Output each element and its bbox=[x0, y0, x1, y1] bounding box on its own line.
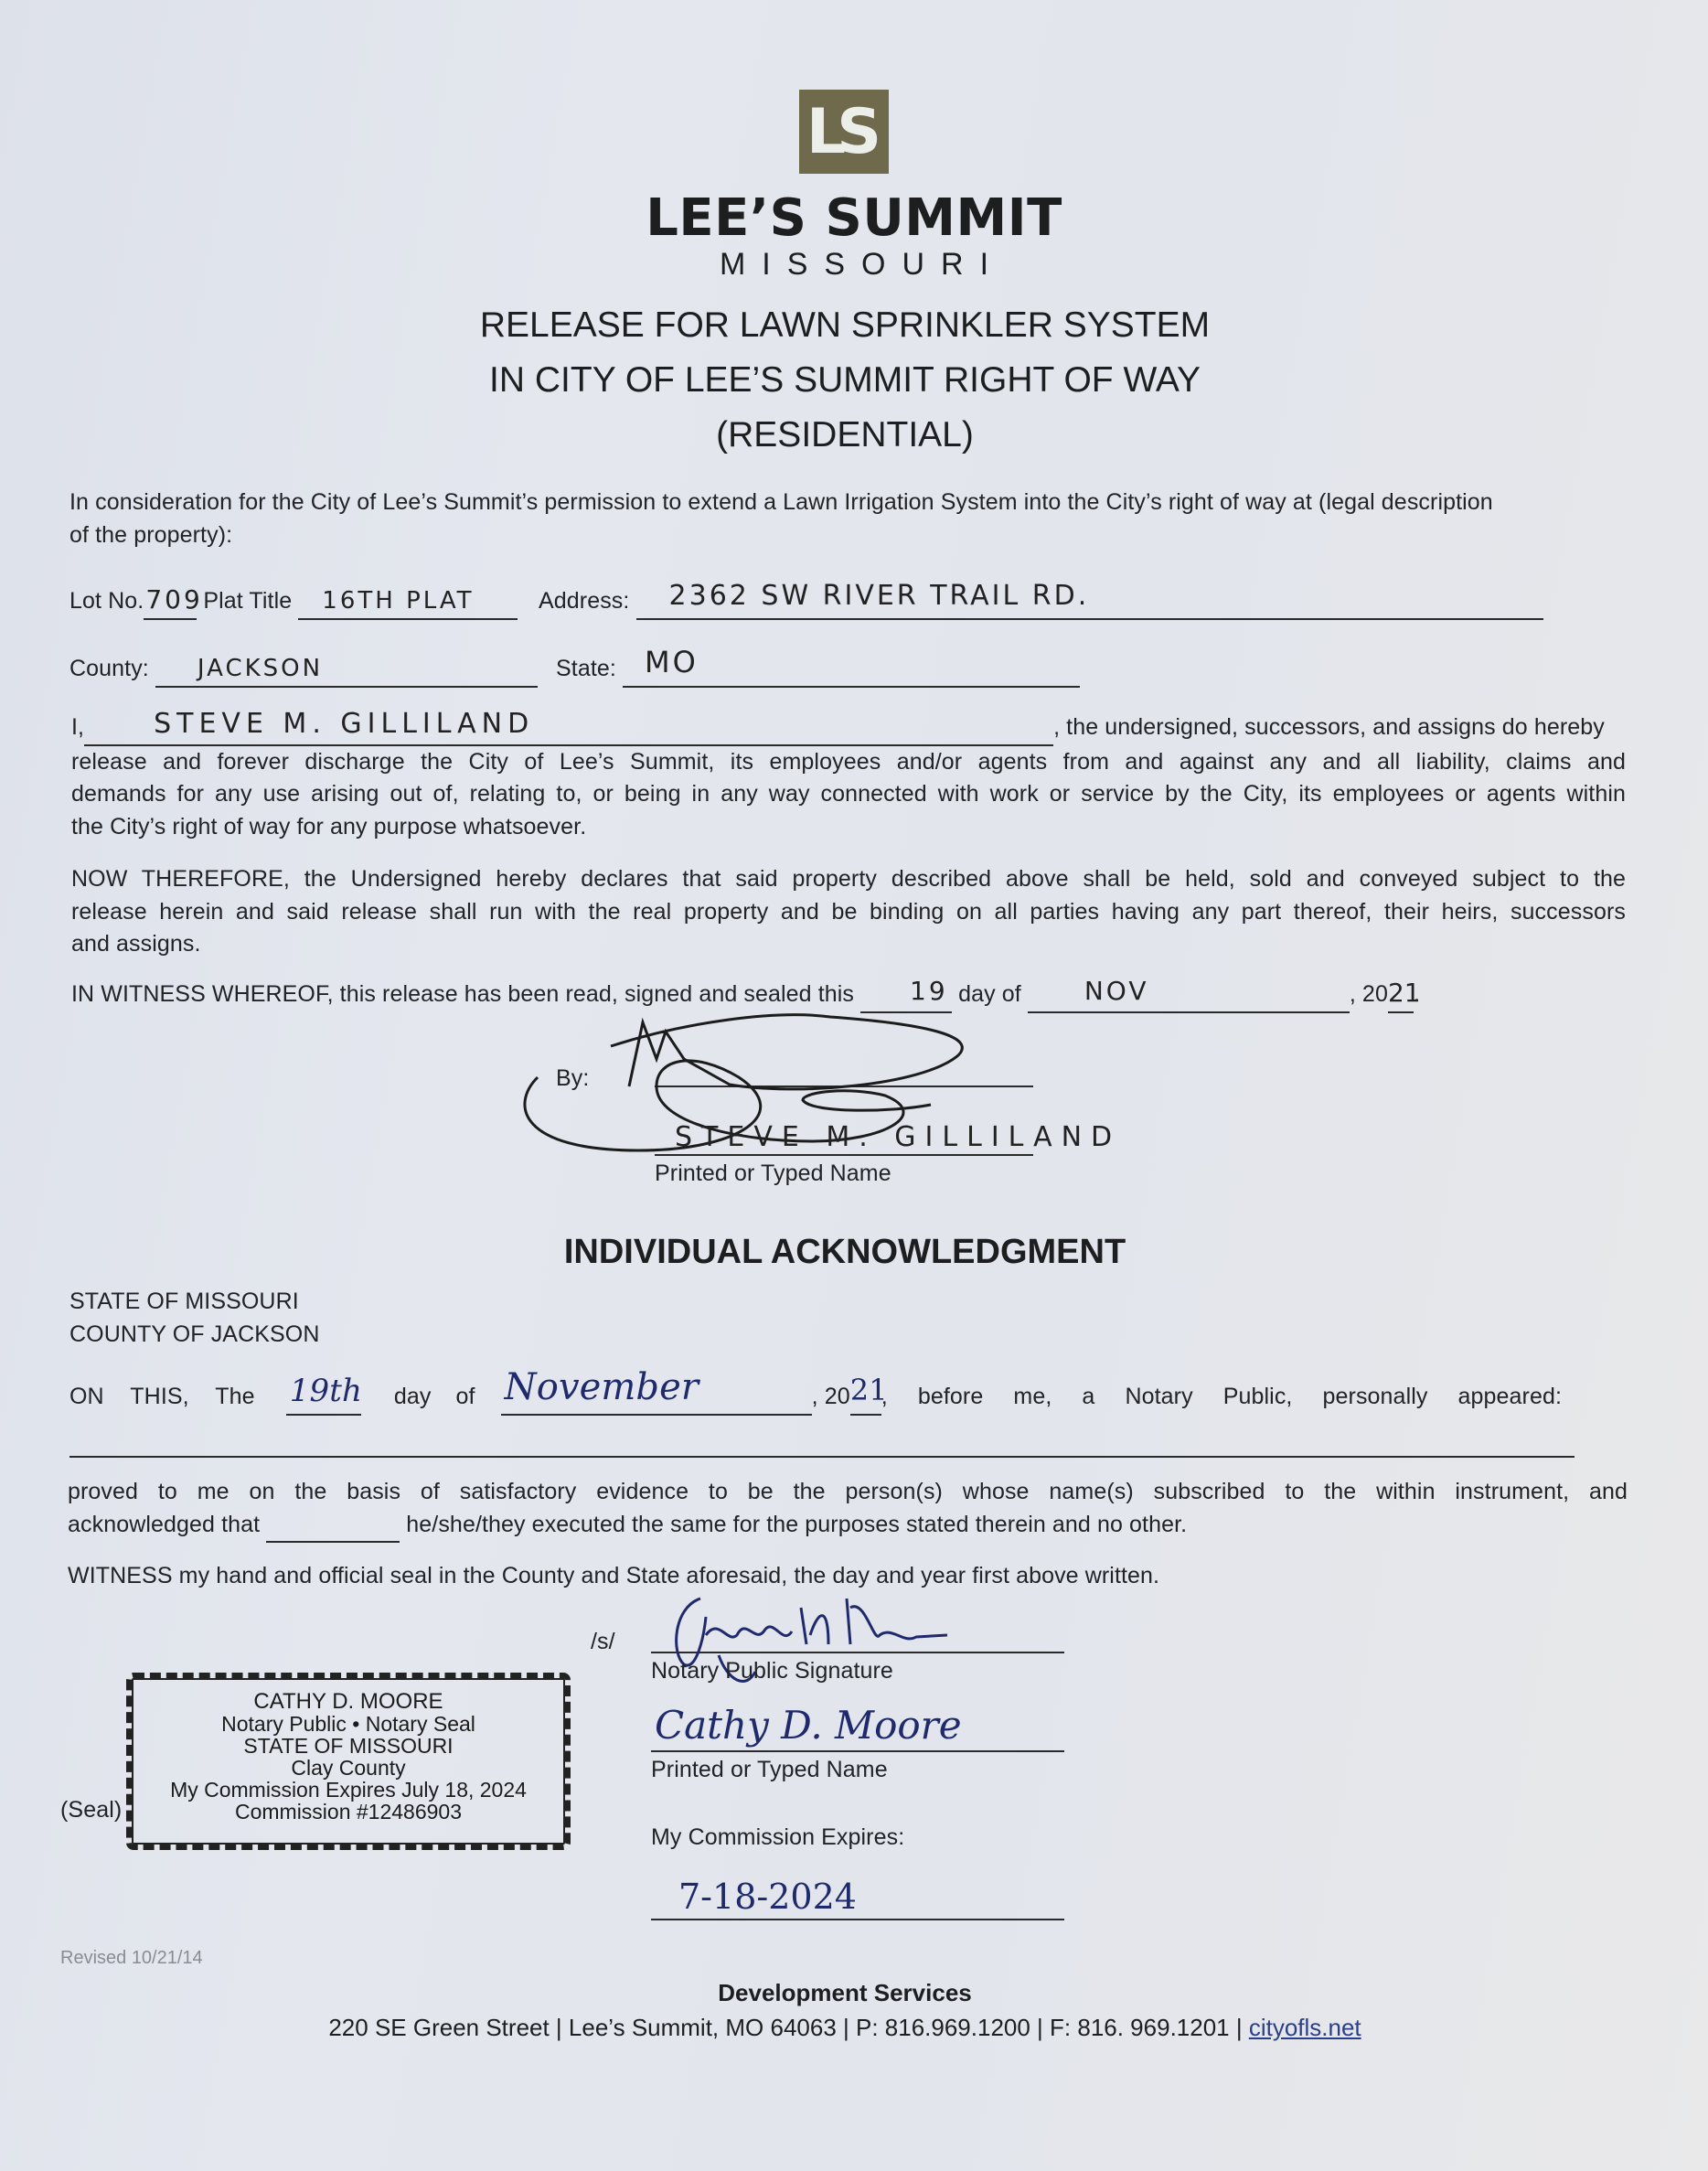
address-field[interactable]: 2362 SW RIVER TRAIL RD. bbox=[636, 585, 1543, 620]
address-value: 2362 SW RIVER TRAIL RD. bbox=[669, 577, 1090, 616]
county-field[interactable]: JACKSON bbox=[155, 653, 538, 688]
ack-year-value: 21 bbox=[850, 1370, 888, 1411]
ack-day-field[interactable]: 19th bbox=[286, 1381, 361, 1416]
venue-county: COUNTY OF JACKSON bbox=[69, 1319, 320, 1352]
now-therefore-line-2: release herein and said release shall ru… bbox=[71, 896, 1626, 929]
notary-witness-line: WITNESS my hand and official seal in the… bbox=[68, 1560, 1159, 1593]
releasor-name-value: STEVE M. GILLILAND bbox=[154, 705, 534, 744]
ack-year-prefix: , 20 bbox=[812, 1384, 850, 1409]
ack-month-value: November bbox=[505, 1362, 699, 1414]
witness-year-field[interactable]: 21 bbox=[1388, 979, 1414, 1013]
release-first-line: I,STEVE M. GILLILAND , the undersigned, … bbox=[71, 711, 1626, 746]
seal-county: Clay County bbox=[132, 1757, 565, 1779]
witness-prefix: IN WITNESS WHEREOF, this release has bee… bbox=[71, 981, 854, 1007]
owner-printed-name-value: STEVE M. GILLILAND bbox=[675, 1121, 1121, 1153]
signature-prefix: /s/ bbox=[591, 1626, 615, 1659]
release-suffix: , the undersigned, successors, and assig… bbox=[1053, 714, 1605, 740]
owner-printed-name-label: Printed or Typed Name bbox=[655, 1158, 891, 1191]
property-row-1: Lot No.709 Plat Title 16TH PLAT Address:… bbox=[69, 585, 1543, 620]
plat-label: Plat Title bbox=[203, 588, 292, 614]
city-logo: LS bbox=[799, 90, 889, 174]
county-value: JACKSON bbox=[197, 652, 323, 686]
release-line-1: release and forever discharge the City o… bbox=[71, 746, 1626, 779]
on-this-label: ON THIS, The bbox=[69, 1384, 255, 1409]
seal-title: Notary Public • Notary Seal bbox=[132, 1713, 565, 1735]
ack-month-field[interactable]: November bbox=[501, 1381, 812, 1416]
witness-year-value: 21 bbox=[1388, 975, 1421, 1011]
now-therefore-line-3: and assigns. bbox=[71, 928, 1626, 961]
logo-monogram: LS bbox=[806, 96, 872, 168]
seal-notary-name: CATHY D. MOORE bbox=[132, 1691, 565, 1713]
witness-year-prefix: , 20 bbox=[1350, 981, 1388, 1007]
witness-month-value: NOV bbox=[1084, 973, 1149, 1010]
ack-day-value: 19th bbox=[290, 1369, 362, 1413]
acknowledgment-heading: INDIVIDUAL ACKNOWLEDGMENT bbox=[0, 1233, 1690, 1272]
now-therefore-line-1: NOW THEREFORE, the Undersigned hereby de… bbox=[71, 863, 1626, 896]
state-field[interactable]: MO bbox=[623, 653, 1080, 688]
lot-value: 709 bbox=[145, 582, 202, 618]
owner-printed-name-line[interactable] bbox=[655, 1154, 1033, 1156]
release-line-3: the City’s right of way for any purpose … bbox=[71, 811, 1626, 844]
address-label: Address: bbox=[539, 588, 629, 614]
footer-department: Development Services bbox=[0, 1979, 1690, 2007]
notary-printed-name-line[interactable] bbox=[651, 1750, 1064, 1752]
seal-label: (Seal) bbox=[60, 1794, 122, 1827]
lot-label: Lot No. bbox=[69, 588, 144, 614]
plat-value: 16TH PLAT bbox=[322, 584, 474, 618]
property-row-2: County: JACKSON State: MO bbox=[69, 653, 1080, 688]
venue-state: STATE OF MISSOURI bbox=[69, 1286, 320, 1319]
commission-expires-value: 7-18-2024 bbox=[678, 1877, 857, 1917]
proved-paragraph: proved to me on the basis of satisfactor… bbox=[68, 1476, 1628, 1543]
witness-month-field[interactable]: NOV bbox=[1028, 979, 1350, 1013]
proved-line-2-suffix: he/she/they executed the same for the pu… bbox=[406, 1512, 1187, 1537]
intro-paragraph: In consideration for the City of Lee’s S… bbox=[69, 487, 1624, 551]
seal-commission-number: Commission #12486903 bbox=[132, 1801, 565, 1823]
intro-line-1: In consideration for the City of Lee’s S… bbox=[69, 487, 1624, 519]
state-value: MO bbox=[645, 642, 699, 683]
owner-signature-scribble bbox=[501, 1004, 977, 1132]
seal-expiry: My Commission Expires July 18, 2024 bbox=[132, 1779, 565, 1801]
title-line-2: IN CITY OF LEE’S SUMMIT RIGHT OF WAY bbox=[0, 353, 1690, 408]
intro-line-2: of the property): bbox=[69, 519, 1624, 552]
document-title: RELEASE FOR LAWN SPRINKLER SYSTEM IN CIT… bbox=[0, 298, 1690, 463]
brand-name: LEE’S SUMMIT bbox=[0, 188, 1708, 248]
now-therefore-paragraph: NOW THEREFORE, the Undersigned hereby de… bbox=[71, 863, 1626, 961]
ack-day-of: day of bbox=[394, 1384, 475, 1409]
seal-state: STATE OF MISSOURI bbox=[132, 1735, 565, 1757]
appeared-name-line[interactable] bbox=[69, 1456, 1575, 1458]
notary-signature-label: Notary Public Signature bbox=[651, 1655, 893, 1688]
ack-appeared-text: , before me, a Notary Public, personally… bbox=[881, 1384, 1562, 1409]
ack-year-field[interactable]: 21 bbox=[850, 1381, 881, 1416]
proved-line-1: proved to me on the basis of satisfactor… bbox=[68, 1476, 1628, 1509]
footer-contact: 220 SE Green Street | Lee’s Summit, MO 6… bbox=[0, 2014, 1690, 2042]
proved-line-2: acknowledged that he/she/they executed t… bbox=[68, 1509, 1628, 1544]
revision-date: Revised 10/21/14 bbox=[60, 1948, 203, 1969]
notary-printed-name-value: Cathy D. Moore bbox=[655, 1703, 962, 1748]
notary-seal-stamp: CATHY D. MOORE Notary Public • Notary Se… bbox=[126, 1673, 571, 1850]
footer-address: 220 SE Green Street | Lee’s Summit, MO 6… bbox=[328, 2014, 1248, 2041]
witness-day-of: day of bbox=[958, 981, 1021, 1007]
commission-expires-label: My Commission Expires: bbox=[651, 1822, 904, 1855]
release-paragraph: I,STEVE M. GILLILAND , the undersigned, … bbox=[71, 711, 1626, 843]
state-label: State: bbox=[556, 656, 616, 681]
footer-website-link[interactable]: cityofls.net bbox=[1249, 2014, 1361, 2041]
title-line-1: RELEASE FOR LAWN SPRINKLER SYSTEM bbox=[0, 298, 1690, 353]
release-prefix: I, bbox=[71, 714, 84, 740]
notary-printed-name-label: Printed or Typed Name bbox=[651, 1754, 888, 1787]
proved-line-2-prefix: acknowledged that bbox=[68, 1512, 260, 1537]
lot-field[interactable]: 709 bbox=[144, 585, 197, 620]
brand-state: MISSOURI bbox=[0, 247, 1708, 283]
plat-field[interactable]: 16TH PLAT bbox=[298, 585, 518, 620]
title-line-3: (RESIDENTIAL) bbox=[0, 408, 1690, 463]
releasor-name-field[interactable]: STEVE M. GILLILAND bbox=[84, 711, 1053, 746]
on-this-line: ON THIS, The 19th day of November , 2021… bbox=[69, 1381, 1628, 1416]
commission-expires-line[interactable] bbox=[651, 1919, 1064, 1920]
county-label: County: bbox=[69, 656, 149, 681]
release-line-2: demands for any use arising out of, rela… bbox=[71, 778, 1626, 811]
acknowledged-blank-field[interactable] bbox=[266, 1509, 400, 1544]
venue-block: STATE OF MISSOURI COUNTY OF JACKSON bbox=[69, 1286, 320, 1351]
